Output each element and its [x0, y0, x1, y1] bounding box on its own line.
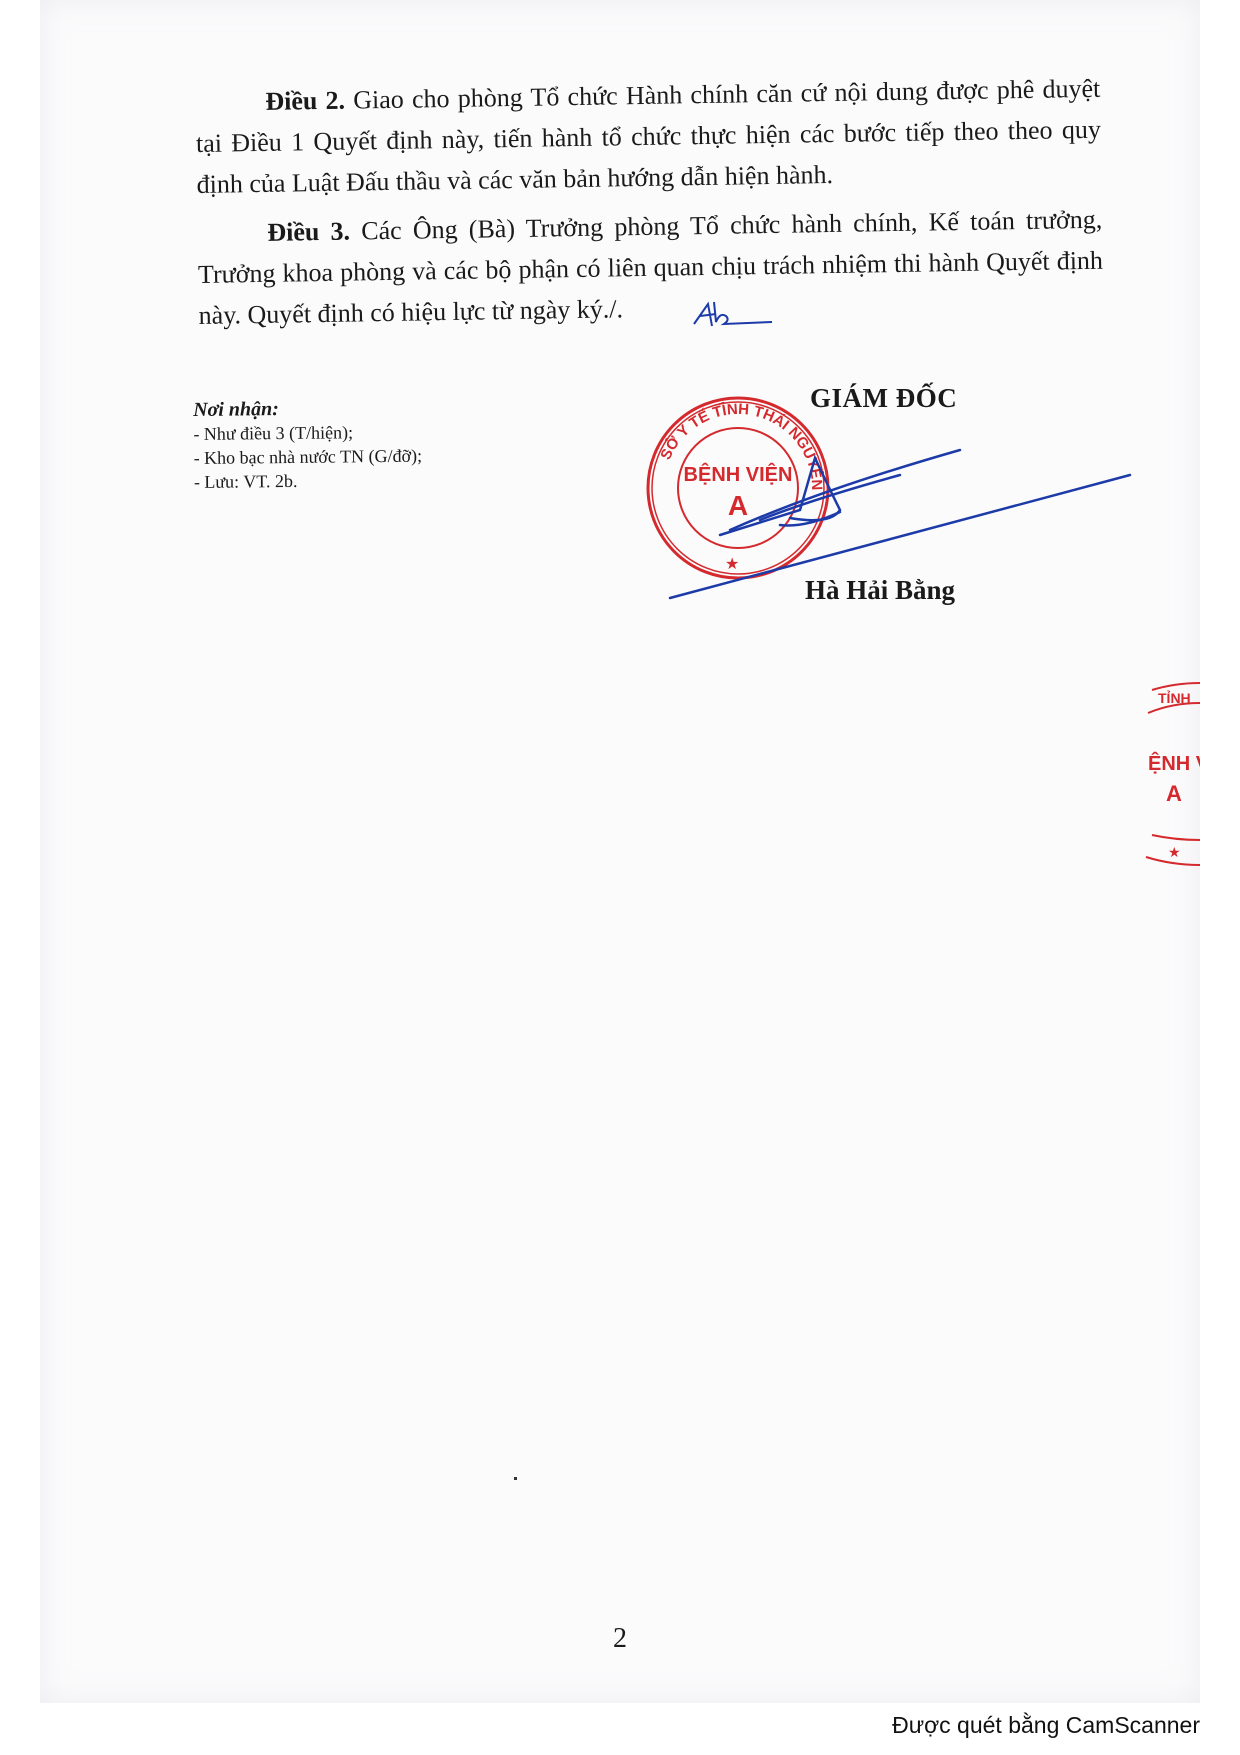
article-3: Điều 3. Các Ông (Bà) Trưởng phòng Tổ chứ…: [197, 199, 1104, 336]
page-number: 2: [0, 1623, 1240, 1655]
recipient-item: - Kho bạc nhà nước TN (G/đỡ);: [194, 444, 423, 470]
recipients-heading: Nơi nhận:: [193, 396, 422, 422]
recipients-block: Nơi nhận: - Như điều 3 (T/hiện); - Kho b…: [193, 396, 422, 494]
svg-text:ỆNH V: ỆNH V: [1148, 751, 1200, 775]
initials-mark-icon: [690, 298, 780, 334]
recipient-item: - Lưu: VT. 2b.: [194, 468, 423, 494]
article-2-label: Điều 2.: [265, 86, 345, 116]
scan-speck: [514, 1477, 517, 1480]
signer-name: Hà Hải Bằng: [805, 575, 955, 606]
article-2: Điều 2. Giao cho phòng Tổ chức Hành chín…: [195, 68, 1102, 205]
partial-stamp-edge-icon: TỈNH ỆNH V A ★: [1140, 675, 1200, 875]
svg-text:★: ★: [1168, 846, 1181, 861]
recipient-item: - Như điều 3 (T/hiện);: [193, 420, 422, 446]
article-3-label: Điều 3.: [267, 217, 350, 247]
svg-text:A: A: [1166, 781, 1182, 806]
document-body: Điều 2. Giao cho phòng Tổ chức Hành chín…: [195, 68, 1104, 344]
svg-text:TỈNH: TỈNH: [1158, 690, 1191, 706]
camscanner-watermark: Được quét bằng CamScanner: [892, 1712, 1200, 1739]
